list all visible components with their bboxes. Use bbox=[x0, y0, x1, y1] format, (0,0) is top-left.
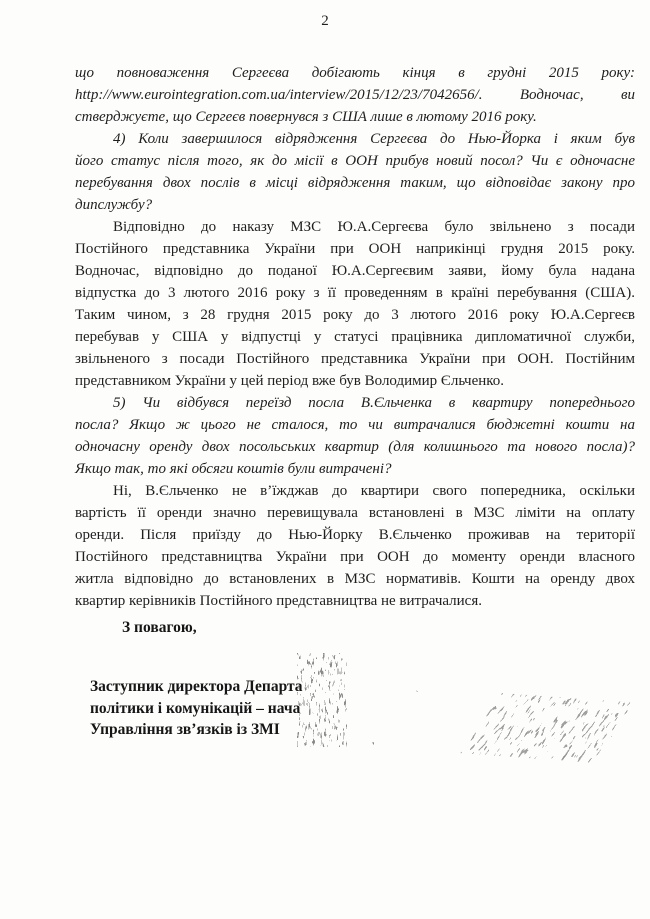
text-line: Водночас, відповідно до поданої Ю.А.Серг… bbox=[75, 260, 635, 282]
text-line: квартир керівників Постійного представни… bbox=[75, 590, 635, 612]
text-line: Ні, В.Єльченко не в’їжджав до квартири с… bbox=[75, 480, 635, 502]
text-line: вартість її оренди значно перевищувала в… bbox=[75, 502, 635, 524]
text-line: представником України у цей період вже б… bbox=[75, 370, 635, 392]
signature-ink-smudge-middle bbox=[368, 690, 432, 758]
signatory-title-line-1: Заступник директора Департа bbox=[90, 676, 303, 698]
paragraph: що повноваження Сергеєва добігають кінця… bbox=[75, 62, 635, 128]
text-line: 5) Чи відбувся переїзд посла В.Єльченка … bbox=[75, 392, 635, 414]
text-line: перебував у США у відпустці у статусі пр… bbox=[75, 326, 635, 348]
paragraph: 4) Коли завершилося відрядження Сергеєва… bbox=[75, 128, 635, 216]
signature-block: Заступник директора Департа політики і к… bbox=[90, 676, 303, 741]
text-line: Відповідно до наказу МЗС Ю.А.Сергеєва бу… bbox=[75, 216, 635, 238]
paragraph: Ні, В.Єльченко не в’їжджав до квартири с… bbox=[75, 480, 635, 612]
text-line: Таким чином, з 28 грудня 2015 року до 3 … bbox=[75, 304, 635, 326]
letter-body: що повноваження Сергеєва добігають кінця… bbox=[75, 62, 635, 612]
text-line: 4) Коли завершилося відрядження Сергеєва… bbox=[75, 128, 635, 150]
signature-ink-smudge-left bbox=[297, 653, 347, 747]
text-line: оренди. Після приїзду до Нью-Йорку В.Єль… bbox=[75, 524, 635, 546]
text-line: перебування двох послів в місці відрядже… bbox=[75, 172, 635, 194]
paragraph: 5) Чи відбувся переїзд посла В.Єльченка … bbox=[75, 392, 635, 480]
text-line: Постійного представника України при ООН … bbox=[75, 238, 635, 260]
text-line: житла відповідно до встановлених в МЗС н… bbox=[75, 568, 635, 590]
document-page: 2 що повноваження Сергеєва добігають кін… bbox=[0, 0, 650, 919]
text-line: дипслужбу? bbox=[75, 194, 635, 216]
text-line: його статус після того, як до місії в ОО… bbox=[75, 150, 635, 172]
text-line: одночасну оренду двох посольських кварти… bbox=[75, 436, 635, 458]
text-line: посла? Якщо ж цього не сталося, то чи ви… bbox=[75, 414, 635, 436]
signatory-title-line-2: політики і комунікацій – нача bbox=[90, 698, 303, 720]
text-line: стверджуєте, що Сергеєв повернувся з США… bbox=[75, 106, 635, 128]
page-number: 2 bbox=[0, 13, 650, 30]
paragraph: Відповідно до наказу МЗС Ю.А.Сергеєва бу… bbox=[75, 216, 635, 392]
text-line: http://www.eurointegration.com.ua/interv… bbox=[75, 84, 635, 106]
text-line: що повноваження Сергеєва добігають кінця… bbox=[75, 62, 635, 84]
signature-ink-smudge-right bbox=[460, 693, 637, 763]
signatory-title-line-3: Управління зв’язків із ЗМІ bbox=[90, 719, 303, 741]
text-line: звільненого з посади Постійного представ… bbox=[75, 348, 635, 370]
text-line: Постійного представництва України при ОО… bbox=[75, 546, 635, 568]
text-line: відпустка до 3 лютого 2016 року з її про… bbox=[75, 282, 635, 304]
text-line: Якщо так, то які обсяги коштів були витр… bbox=[75, 458, 635, 480]
closing-salutation: З повагою, bbox=[122, 619, 197, 637]
